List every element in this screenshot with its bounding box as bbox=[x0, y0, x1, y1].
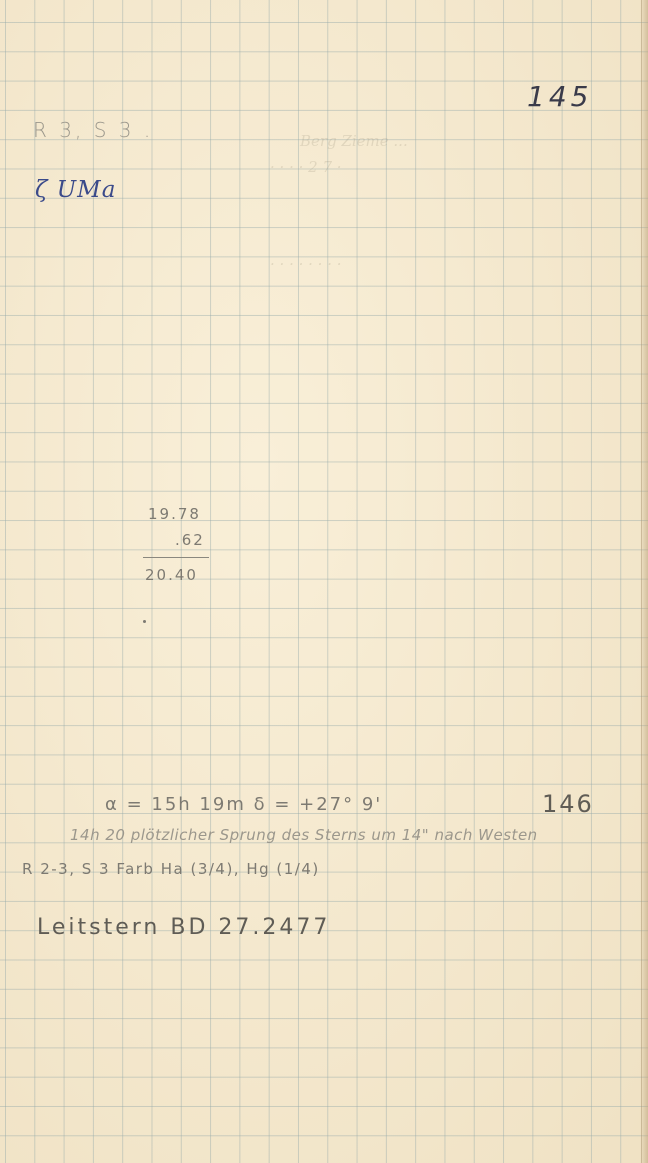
calc-line-1: 19.78 bbox=[148, 505, 201, 523]
star-name: ζ UMa bbox=[35, 177, 116, 203]
star-coordinates: α = 15h 19m δ = +27° 9' bbox=[105, 794, 382, 815]
pencil-dot bbox=[143, 620, 146, 623]
calc-sum-rule bbox=[143, 557, 209, 558]
reference-note: R 3, S 3 . bbox=[33, 118, 153, 142]
spectrum-note: R 2-3, S 3 Farb Ha (3/4), Hg (1/4) bbox=[22, 860, 320, 878]
calc-line-2: .62 bbox=[175, 531, 205, 549]
comparison-star: Leitstern BD 27.2477 bbox=[37, 915, 330, 940]
page-number-lower: 146 bbox=[542, 790, 594, 818]
show-through-text: Berg Zieme ... bbox=[300, 132, 408, 150]
page-edge-shadow bbox=[640, 0, 648, 1163]
page-number-top: 145 bbox=[527, 80, 592, 113]
notebook-page: Berg Zieme ... · · · · 2 7 · · · · · · ·… bbox=[0, 0, 648, 1163]
calc-result: 20.40 bbox=[145, 566, 198, 584]
show-through-text: · · · · · · · · bbox=[270, 255, 342, 273]
observation-note: 14h 20 plötzlicher Sprung des Sterns um … bbox=[70, 826, 538, 844]
show-through-text: · · · · 2 7 · bbox=[270, 158, 342, 176]
